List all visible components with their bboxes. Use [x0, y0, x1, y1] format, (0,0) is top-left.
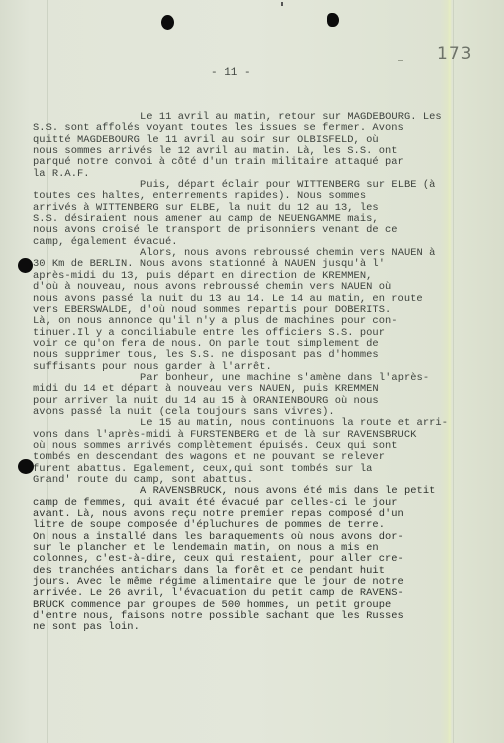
text-line: S.S. sont affolés voyant toutes les issu…	[33, 123, 453, 134]
text-line: midi du 14 et départ à nouveau vers NAUE…	[33, 384, 453, 395]
paragraph-1: Le 11 avril au matin, retour sur MAGDEBO…	[33, 112, 453, 180]
paragraph-2: Puis, départ éclair pour WITTENBERG sur …	[33, 180, 453, 248]
paragraph-6: A RAVENSBRUCK, nous avons été mis dans l…	[33, 486, 453, 633]
margin-rule	[453, 0, 454, 743]
punch-hole-icon	[161, 15, 174, 30]
text-line: ne sont pas loin.	[33, 622, 453, 633]
text-line: Le 15 au matin, nous continuons la route…	[33, 418, 453, 429]
folio-number: 173	[437, 44, 472, 64]
page-number: - 11 -	[211, 67, 251, 79]
paragraph-4: Par bonheur, une machine s'amène dans l'…	[33, 373, 453, 418]
text-line: tombés en descendant des wagons et ne po…	[33, 452, 453, 463]
document-body: Le 11 avril au matin, retour sur MAGDEBO…	[33, 112, 453, 634]
punch-hole-icon	[18, 258, 33, 273]
text-line: parqué notre convoi à côté d'un train mi…	[33, 157, 453, 168]
text-line: A RAVENSBRUCK, nous avons été mis dans l…	[33, 486, 453, 497]
folio-dash	[398, 60, 403, 61]
text-line: Là, on nous annonce qu'il n'y a plus de …	[33, 316, 453, 327]
ink-speck	[281, 2, 283, 6]
text-line: nous supprimer tous, les S.S. ne disposa…	[33, 350, 453, 361]
paragraph-3: Alors, nous avons rebroussé chemin vers …	[33, 248, 453, 373]
scanned-page: 173 - 11 - Le 11 avril au matin, retour …	[0, 0, 504, 743]
punch-hole-icon	[18, 459, 34, 474]
text-line: d'où à nouveau, nous avons rebroussé che…	[33, 282, 453, 293]
punch-hole-icon	[327, 13, 339, 27]
paragraph-5: Le 15 au matin, nous continuons la route…	[33, 418, 453, 486]
